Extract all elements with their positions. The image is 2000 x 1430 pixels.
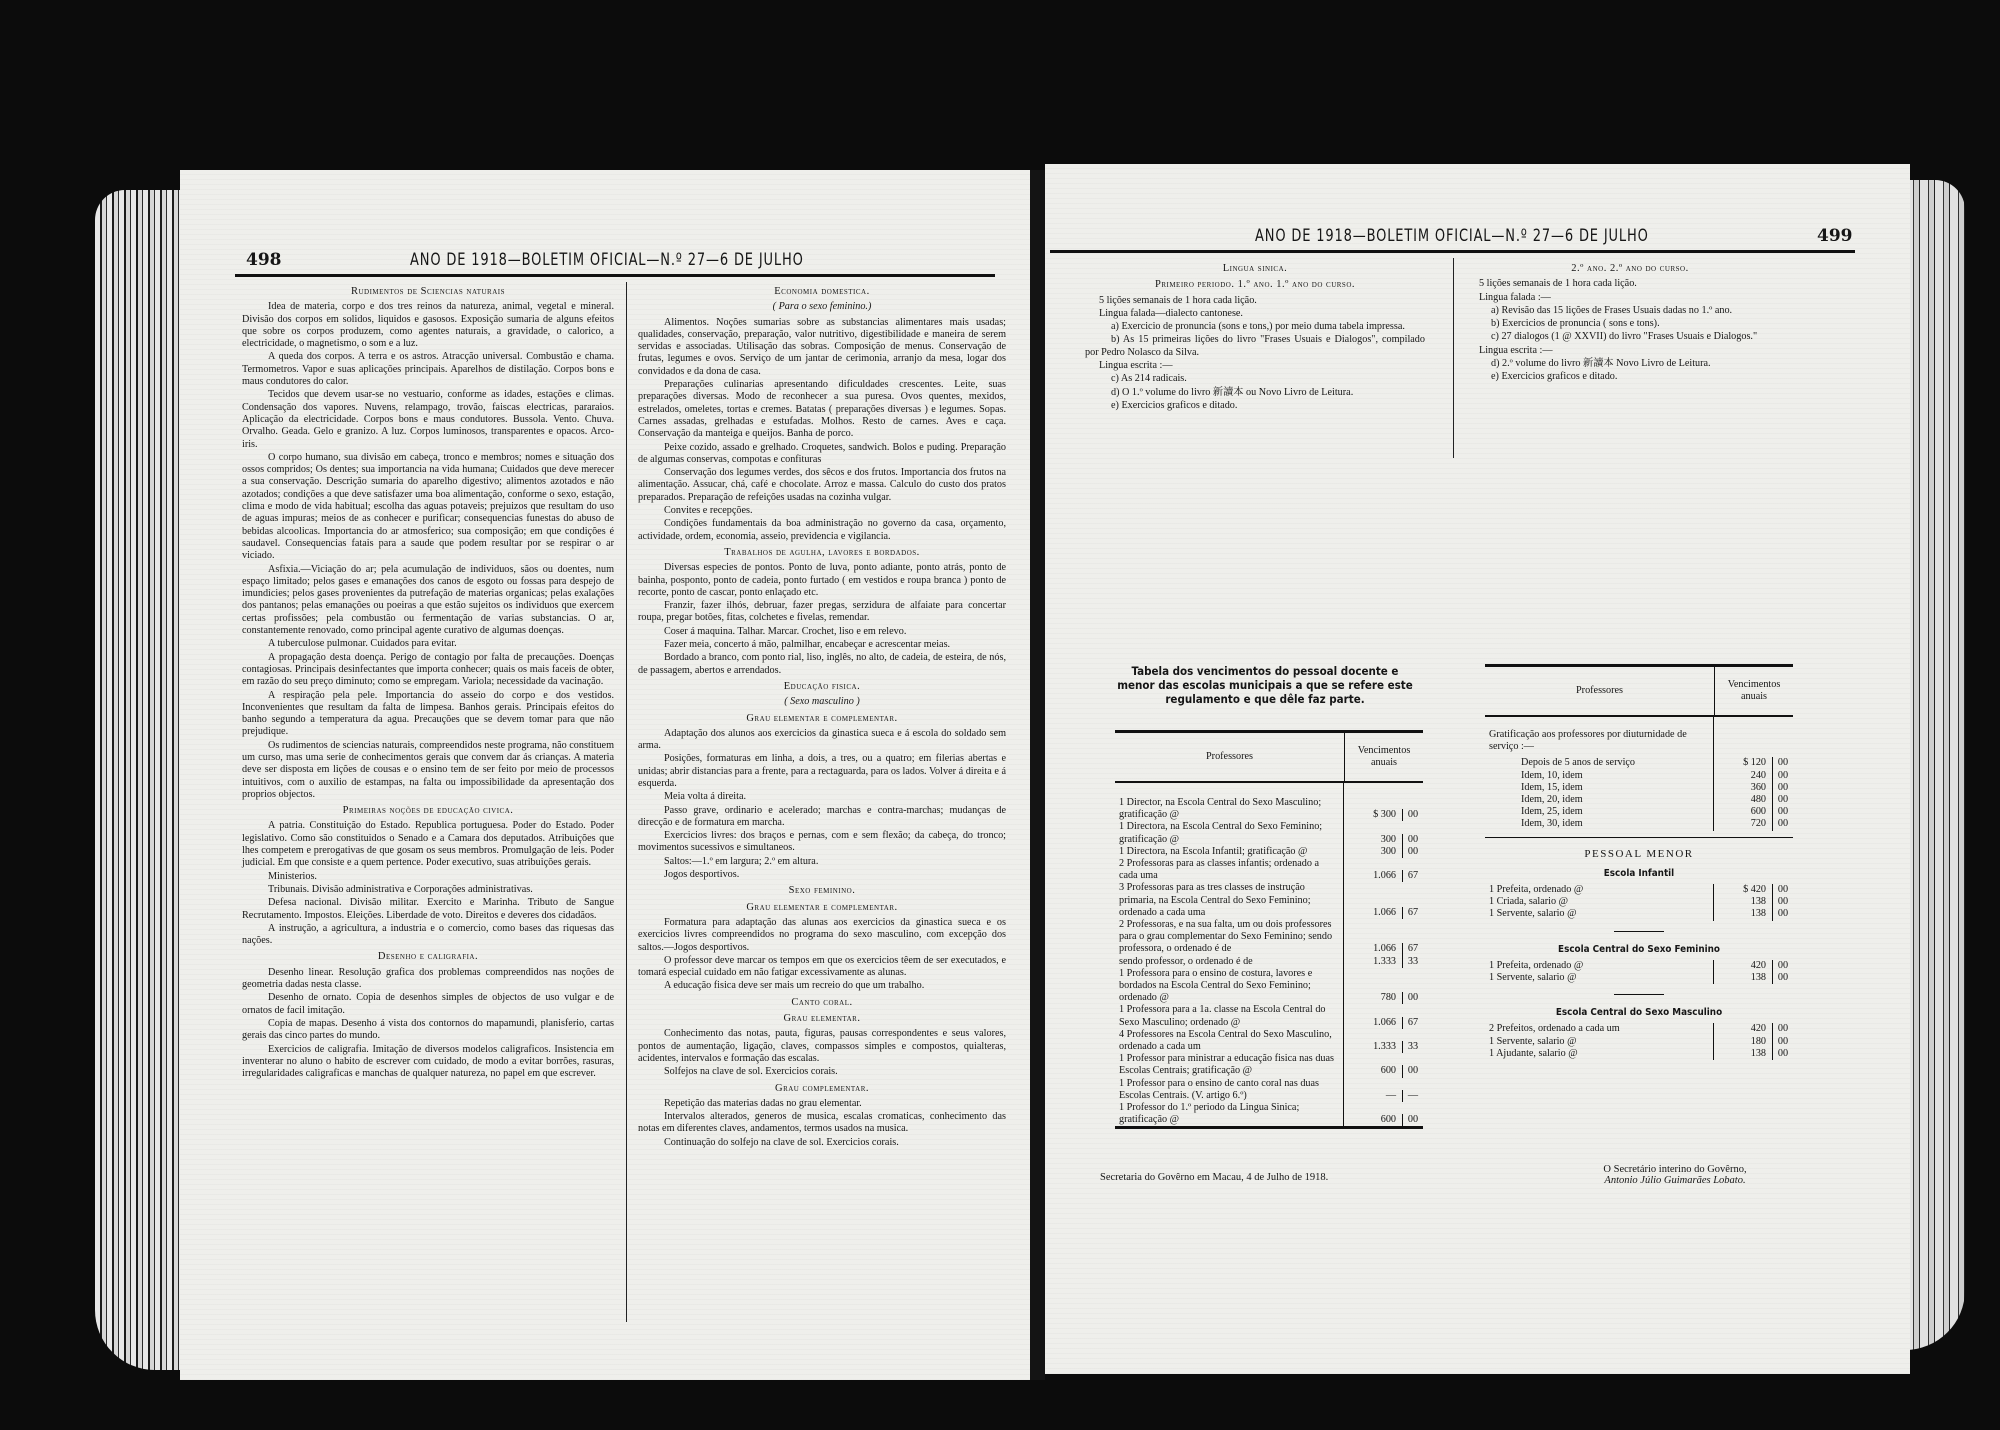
table-row: 1 Ajudante, salario @13800	[1485, 1048, 1793, 1060]
row-cents: 00	[1403, 809, 1423, 821]
paragraph: Asfixia.—Viciação do ar; pela acumulação…	[242, 564, 614, 638]
row-cents: —	[1403, 1090, 1423, 1102]
paragraph: Coser á maquina. Talhar. Marcar. Crochet…	[638, 626, 1006, 638]
row-cents: 00	[1773, 782, 1793, 794]
section-heading: Educação fisica.	[638, 681, 1006, 693]
spoken-item: a) Exercicio de pronuncia (sons e tons,)…	[1085, 321, 1425, 333]
row-description: Idem, 15, idem	[1485, 782, 1714, 794]
table-row: 1 Prefeita, ordenado @42000	[1485, 960, 1793, 972]
lessons-note: 5 lições semanais de 1 hora cada lição.	[1465, 278, 1795, 290]
paragraph: Preparações culinarias apresentando difi…	[638, 379, 1006, 440]
paragraph: A instrução, a agricultura, a industria …	[242, 923, 614, 948]
row-cents: 00	[1773, 972, 1793, 984]
table-row: 1 Servente, salario @13800	[1485, 972, 1793, 984]
row-cents: 00	[1403, 1065, 1423, 1077]
paragraph: Alimentos. Noções sumarias sobre as subs…	[638, 317, 1006, 378]
row-description: 2 Professoras para as classes infantis; …	[1115, 858, 1344, 882]
row-cents: 00	[1773, 896, 1793, 908]
book-spread: 498 ANO DE 1918—BOLETIM OFICIAL—N.º 27—6…	[95, 170, 1965, 1380]
footer-place-date: Secretaria do Govêrno em Macau, 4 de Jul…	[1100, 1172, 1328, 1183]
row-cents: 00	[1403, 1114, 1423, 1126]
paragraph: Os rudimentos de sciencias naturais, com…	[242, 740, 614, 801]
right-page: ANO DE 1918—BOLETIM OFICIAL—N.º 27—6 DE …	[1045, 164, 1910, 1374]
header-professores: Professores	[1115, 733, 1345, 781]
paragraph: Jogos desportivos.	[638, 869, 1006, 881]
salary-table-left: ProfessoresVencimentos anuais1 Director,…	[1115, 730, 1423, 1129]
escola-heading: Escola Central do Sexo Masculino	[1485, 1001, 1793, 1023]
paragraph: Solfejos na clave de sol. Exercicios cor…	[638, 1066, 1006, 1078]
left-column-1: Rudimentos de Sciencias naturaisIdea de …	[242, 282, 614, 1081]
page-edges-right	[1905, 180, 1965, 1350]
spoken-item: c) 27 dialogos (1 @ XXVII) do livro "Fra…	[1465, 331, 1795, 343]
short-rule	[1614, 994, 1664, 995]
signatory-title: O Secretário interino do Govêrno,	[1555, 1164, 1795, 1175]
row-cents: 00	[1773, 1048, 1793, 1060]
row-amount: 138	[1714, 1048, 1773, 1060]
row-description: 1 Servente, salario @	[1485, 972, 1714, 984]
period-heading: Primeiro periodo. 1.º ano. 1.º ano do cu…	[1085, 279, 1425, 291]
table-row: Idem, 20, idem48000	[1485, 794, 1793, 806]
table-bottom-rule	[1115, 1126, 1423, 1129]
paragraph: A propagação desta doença. Perigo de con…	[242, 652, 614, 689]
row-description: 1 Directora, na Escola Infantil; gratifi…	[1115, 846, 1344, 858]
row-amount: 480	[1714, 794, 1773, 806]
row-description: 1 Professor para ministrar a educação fi…	[1115, 1053, 1344, 1077]
section-heading: Economia domestica.	[638, 286, 1006, 298]
row-amount: 780	[1344, 992, 1403, 1004]
written-item: e) Exercicios graficos e ditado.	[1085, 400, 1425, 412]
row-cents: 00	[1403, 992, 1423, 1004]
table-row: 2 Prefeitos, ordenado a cada um42000	[1485, 1023, 1793, 1035]
section-heading: Primeiras noções de educação civica.	[242, 805, 614, 817]
row-cents: 00	[1773, 770, 1793, 782]
row-cents: 67	[1403, 943, 1423, 955]
short-rule	[1614, 931, 1664, 932]
section-heading: Canto coral.	[638, 997, 1006, 1009]
table-row: 1 Directora, na Escola Central do Sexo F…	[1115, 821, 1423, 845]
row-cents: 00	[1773, 818, 1793, 830]
table-row: 3 Professoras para as tres classes de in…	[1115, 882, 1423, 919]
row-description: sendo professor, o ordenado é de	[1115, 956, 1344, 968]
table-row: 1 Prefeita, ordenado @$ 42000	[1485, 884, 1793, 896]
paragraph: Bordado a branco, com ponto rial, liso, …	[638, 652, 1006, 677]
lingua-sinica-col-1: Lingua sinica.Primeiro periodo. 1.º ano.…	[1085, 259, 1425, 413]
running-head-title: ANO DE 1918—BOLETIM OFICIAL—N.º 27—6 DE …	[410, 250, 804, 270]
row-description: 1 Professor do 1.º periodo da Lingua Sin…	[1115, 1102, 1344, 1126]
paragraph: O corpo humano, sua divisão em cabeça, t…	[242, 452, 614, 563]
table-row: Idem, 30, idem72000	[1485, 818, 1793, 830]
running-head-left: 498 ANO DE 1918—BOLETIM OFICIAL—N.º 27—6…	[180, 250, 1030, 284]
row-description: Idem, 25, idem	[1485, 806, 1714, 818]
column-divider	[1453, 258, 1454, 458]
row-description: 1 Professora para o ensino de costura, l…	[1115, 968, 1344, 1005]
row-amount: 600	[1344, 1065, 1403, 1077]
lingua-sinica-heading: Lingua sinica.	[1085, 263, 1425, 275]
paragraph: Copia de mapas. Desenho á vista dos cont…	[242, 1018, 614, 1043]
section-heading: Grau complementar.	[638, 1083, 1006, 1095]
header-professores: Professores	[1485, 667, 1715, 715]
table-row: Idem, 15, idem36000	[1485, 782, 1793, 794]
row-cents: 00	[1773, 806, 1793, 818]
section-heading: Desenho e caligrafia.	[242, 951, 614, 963]
paragraph: Desenho linear. Resolução grafica dos pr…	[242, 967, 614, 992]
gutter	[1030, 170, 1045, 1380]
spoken-item: b) Exercicios de pronuncia ( sons e tons…	[1465, 318, 1795, 330]
paragraph: Intervalos alterados, generos de musica,…	[638, 1111, 1006, 1136]
row-cents: 33	[1403, 1041, 1423, 1053]
paragraph: Formatura para adaptação das alunas aos …	[638, 917, 1006, 954]
section-subheading: Grau elementar e complementar.	[638, 902, 1006, 914]
row-amount: 300	[1344, 834, 1403, 846]
header-vencimentos: Vencimentos anuais	[1715, 679, 1793, 703]
header-rule	[235, 274, 995, 277]
paragraph: A tuberculose pulmonar. Cuidados para ev…	[242, 638, 614, 650]
paragraph: Franzir, fazer ilhós, debruar, fazer pre…	[638, 600, 1006, 625]
row-amount: 1.066	[1344, 943, 1403, 955]
table-row: 1 Professora para a 1a. classe na Escola…	[1115, 1004, 1423, 1028]
row-cents: 00	[1773, 1036, 1793, 1048]
row-amount: $ 420	[1714, 884, 1773, 896]
row-description: 4 Professores na Escola Central do Sexo …	[1115, 1029, 1344, 1053]
table-row: 2 Professoras, e na sua falta, um ou doi…	[1115, 919, 1423, 956]
paragraph: A queda dos corpos. A terra e os astros.…	[242, 351, 614, 388]
table-row: 1 Directora, na Escola Infantil; gratifi…	[1115, 846, 1423, 858]
header-vencimentos: Vencimentos anuais	[1345, 745, 1423, 769]
period-heading: 2.º ano. 2.º ano do curso.	[1465, 263, 1795, 275]
table-row: Idem, 10, idem24000	[1485, 770, 1793, 782]
spoken-heading: Lingua falada—dialecto cantonese.	[1085, 308, 1425, 320]
left-page: 498 ANO DE 1918—BOLETIM OFICIAL—N.º 27—6…	[180, 170, 1030, 1380]
lingua-sinica-col-2: 2.º ano. 2.º ano do curso.5 lições seman…	[1465, 259, 1795, 385]
footer-signature: O Secretário interino do Govêrno, Antoni…	[1555, 1164, 1795, 1186]
paragraph: Conservação dos legumes verdes, dos sêco…	[638, 467, 1006, 504]
paragraph: Fazer meia, concerto á mão, palmilhar, e…	[638, 639, 1006, 651]
row-amount: 1.333	[1344, 956, 1403, 968]
written-item: e) Exercicios graficos e ditado.	[1465, 371, 1795, 383]
row-amount: 360	[1714, 782, 1773, 794]
row-amount: 420	[1714, 1023, 1773, 1035]
row-cents: 33	[1403, 956, 1423, 968]
pessoal-menor-heading: PESSOAL MENOR	[1485, 838, 1793, 862]
table-row: 1 Servente, salario @18000	[1485, 1036, 1793, 1048]
escola-heading: Escola Infantil	[1485, 862, 1793, 884]
row-description: 1 Director, na Escola Central do Sexo Ma…	[1115, 797, 1344, 821]
spoken-item: b) As 15 primeiras lições do livro "Fras…	[1085, 334, 1425, 359]
row-amount: 720	[1714, 818, 1773, 830]
row-cents: 67	[1403, 907, 1423, 919]
paragraph: Passo grave, ordinario e acelerado; marc…	[638, 805, 1006, 830]
paragraph: Condições fundamentais da boa administra…	[638, 518, 1006, 543]
paragraph: A patria. Constituição do Estado. Republ…	[242, 820, 614, 869]
paragraph: Peixe cozido, assado e grelhado. Croquet…	[638, 442, 1006, 467]
row-amount: 600	[1344, 1114, 1403, 1126]
table-row: 1 Servente, salario @13800	[1485, 908, 1793, 920]
page-number: 499	[1817, 226, 1853, 246]
row-description: 1 Directora, na Escola Central do Sexo F…	[1115, 821, 1344, 845]
escola-heading: Escola Central do Sexo Feminino	[1485, 938, 1793, 960]
row-amount: 1.066	[1344, 1017, 1403, 1029]
table-row: 1 Professor para o ensino de canto coral…	[1115, 1078, 1423, 1102]
paragraph: Conhecimento das notas, pauta, figuras, …	[638, 1028, 1006, 1065]
table-row: 1 Professora para o ensino de costura, l…	[1115, 968, 1423, 1005]
paragraph: Exercicios de caligrafia. Imitação de di…	[242, 1044, 614, 1081]
row-description: 1 Servente, salario @	[1485, 908, 1714, 920]
table-header: ProfessoresVencimentos anuais	[1115, 730, 1423, 783]
row-description: Idem, 20, idem	[1485, 794, 1714, 806]
row-description: 2 Prefeitos, ordenado a cada um	[1485, 1023, 1714, 1035]
row-cents: 00	[1773, 960, 1793, 972]
written-item: d) O 1.º volume do livro 新讀本 ou Novo Liv…	[1085, 387, 1425, 399]
running-head-right: ANO DE 1918—BOLETIM OFICIAL—N.º 27—6 DE …	[1045, 226, 1910, 260]
table-header: ProfessoresVencimentos anuais	[1485, 664, 1793, 717]
row-amount: 138	[1714, 896, 1773, 908]
row-description: Idem, 10, idem	[1485, 770, 1714, 782]
paragraph: Diversas especies de pontos. Ponto de lu…	[638, 562, 1006, 599]
section-heading: Rudimentos de Sciencias naturais	[242, 286, 614, 298]
paragraph: Exercicios livres: dos braços e pernas, …	[638, 830, 1006, 855]
section-subheading: ( Para o sexo feminino.)	[638, 301, 1006, 313]
paragraph: Continuação do solfejo na clave de sol. …	[638, 1137, 1006, 1149]
column-divider	[626, 282, 627, 1322]
paragraph: Meia volta á direita.	[638, 791, 1006, 803]
spoken-heading: Lingua falada :—	[1465, 292, 1795, 304]
paragraph: Tecidos que devem usar-se no vestuario, …	[242, 389, 614, 450]
row-cents: 67	[1403, 870, 1423, 882]
section-subheading: ( Sexo masculino )	[638, 696, 1006, 708]
row-description: 1 Professor para o ensino de canto coral…	[1115, 1078, 1344, 1102]
row-amount: 600	[1714, 806, 1773, 818]
page-edges-left	[95, 190, 185, 1370]
paragraph: Posições, formaturas em linha, a dois, a…	[638, 753, 1006, 790]
salary-table-right: ProfessoresVencimentos anuaisGratificaçã…	[1485, 664, 1793, 1060]
row-amount: 180	[1714, 1036, 1773, 1048]
row-cents: 00	[1403, 834, 1423, 846]
row-description: 1 Prefeita, ordenado @	[1485, 960, 1714, 972]
row-amount: 300	[1344, 846, 1403, 858]
row-amount: —	[1344, 1090, 1403, 1102]
row-description: 3 Professoras para as tres classes de in…	[1115, 882, 1344, 919]
row-cents: 67	[1403, 1017, 1423, 1029]
row-description: 1 Criada, salario @	[1485, 896, 1714, 908]
row-cents: 00	[1773, 1023, 1793, 1035]
table-row: 4 Professores na Escola Central do Sexo …	[1115, 1029, 1423, 1053]
row-description: 1 Professora para a 1a. classe na Escola…	[1115, 1004, 1344, 1028]
row-description: Depois de 5 anos de serviço	[1485, 757, 1714, 769]
table-row: sendo professor, o ordenado é de1.33333	[1115, 956, 1423, 968]
paragraph: Convites e recepções.	[638, 505, 1006, 517]
row-description: 2 Professoras, e na sua falta, um ou doi…	[1115, 919, 1344, 956]
lessons-note: 5 lições semanais de 1 hora cada lição.	[1085, 295, 1425, 307]
running-head-title: ANO DE 1918—BOLETIM OFICIAL—N.º 27—6 DE …	[1255, 226, 1649, 246]
row-description: Idem, 30, idem	[1485, 818, 1714, 830]
gratificacao-heading-row: Gratificação aos professores por diuturn…	[1485, 717, 1793, 757]
row-cents: 00	[1773, 908, 1793, 920]
row-description: 1 Ajudante, salario @	[1485, 1048, 1714, 1060]
row-amount: 240	[1714, 770, 1773, 782]
page-number: 498	[246, 250, 282, 270]
left-column-2: Economia domestica.( Para o sexo feminin…	[638, 282, 1006, 1150]
paragraph: A educação fisica deve ser mais um recre…	[638, 980, 1006, 992]
table-row: Depois de 5 anos de serviço$ 12000	[1485, 757, 1793, 769]
row-amount: 420	[1714, 960, 1773, 972]
paragraph: Tribunais. Divisão administrativa e Corp…	[242, 884, 614, 896]
written-heading: Lingua escrita :—	[1085, 360, 1425, 372]
section-heading: Trabalhos de agulha, lavores e bordados.	[638, 547, 1006, 559]
written-item: c) As 214 radicais.	[1085, 373, 1425, 385]
table-title: Tabela dos vencimentos do pessoal docent…	[1115, 664, 1415, 706]
table-row: 1 Professor para ministrar a educação fi…	[1115, 1053, 1423, 1077]
row-description: 1 Servente, salario @	[1485, 1036, 1714, 1048]
table-row: 1 Criada, salario @13800	[1485, 896, 1793, 908]
header-rule	[1050, 250, 1855, 253]
paragraph: Adaptação dos alunos aos exercicios da g…	[638, 728, 1006, 753]
row-amount: $ 120	[1714, 757, 1773, 769]
paragraph: Saltos:—1.º em largura; 2.º em altura.	[638, 856, 1006, 868]
spacer	[1115, 783, 1423, 797]
row-description: 1 Prefeita, ordenado @	[1485, 884, 1714, 896]
row-cents: 00	[1773, 794, 1793, 806]
spoken-item: a) Revisão das 15 lições de Frases Usuai…	[1465, 305, 1795, 317]
paragraph: Desenho de ornato. Copia de desenhos sim…	[242, 992, 614, 1017]
written-item: d) 2.º volume do livro 新讀本 Novo Livro de…	[1465, 358, 1795, 370]
table-row: Idem, 25, idem60000	[1485, 806, 1793, 818]
paragraph: Idea de materia, corpo e dos tres reinos…	[242, 301, 614, 350]
paragraph: O professor deve marcar os tempos em que…	[638, 955, 1006, 980]
paragraph: Defesa nacional. Divisão militar. Exerci…	[242, 897, 614, 922]
row-cents: 00	[1773, 884, 1793, 896]
row-amount: 1.066	[1344, 907, 1403, 919]
row-amount: 1.066	[1344, 870, 1403, 882]
table-row: 2 Professoras para as classes infantis; …	[1115, 858, 1423, 882]
paragraph: A respiração pela pele. Importancia do a…	[242, 690, 614, 739]
table-row: 1 Professor do 1.º periodo da Lingua Sin…	[1115, 1102, 1423, 1126]
row-amount: 1.333	[1344, 1041, 1403, 1053]
paragraph: Repetição das materias dadas no grau ele…	[638, 1098, 1006, 1110]
gratificacao-heading: Gratificação aos professores por diuturn…	[1485, 717, 1714, 757]
section-subheading: Grau elementar.	[638, 1013, 1006, 1025]
written-heading: Lingua escrita :—	[1465, 345, 1795, 357]
table-row: 1 Director, na Escola Central do Sexo Ma…	[1115, 797, 1423, 821]
signatory-name: Antonio Júlio Guimarães Lobato.	[1555, 1175, 1795, 1186]
row-amount: $ 300	[1344, 809, 1403, 821]
section-subheading: Grau elementar e complementar.	[638, 713, 1006, 725]
paragraph: Ministerios.	[242, 871, 614, 883]
row-amount: 138	[1714, 908, 1773, 920]
section-heading: Sexo feminino.	[638, 885, 1006, 897]
row-cents: 00	[1403, 846, 1423, 858]
row-amount: 138	[1714, 972, 1773, 984]
row-cents: 00	[1773, 757, 1793, 769]
